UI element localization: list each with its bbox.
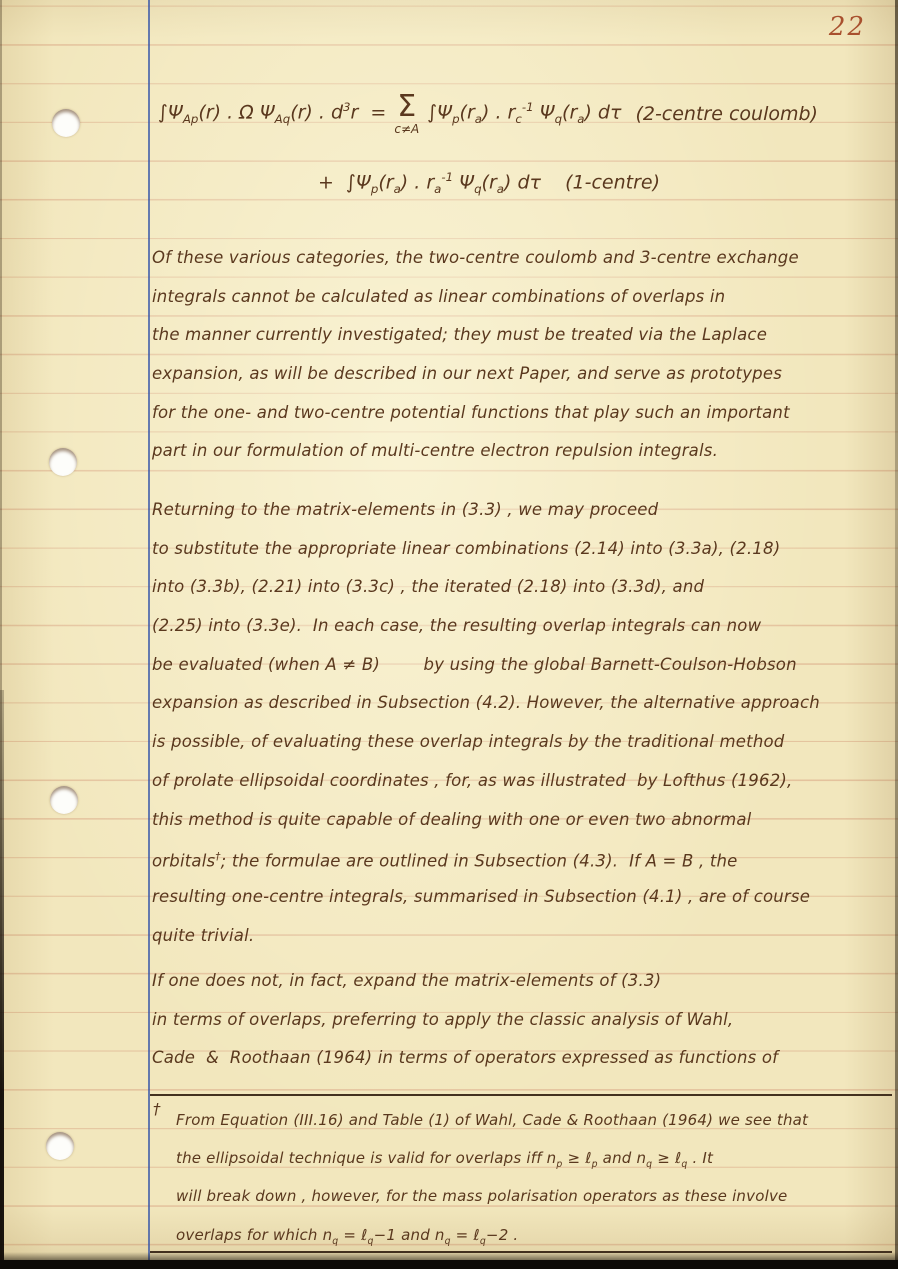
scan-edge-bottom	[0, 1260, 898, 1269]
page-number: 22	[829, 12, 866, 42]
scan-edge-bottom-fade	[0, 1252, 898, 1260]
text-line: integrals cannot be calculated as linear…	[152, 278, 898, 317]
paragraph-2: Returning to the matrix-elements in (3.3…	[152, 491, 898, 955]
text-line: into (3.3b), (2.21) into (3.3c) , the it…	[152, 568, 898, 607]
paragraph-3: If one does not, in fact, expand the mat…	[152, 962, 898, 1078]
equation-block: ∫ΨAp(r) . Ω ΨAq(r) . d3r = Σ c≠A ∫Ψp(ra)…	[158, 92, 888, 135]
text-line: expansion, as will be described in our n…	[152, 355, 898, 394]
text-line: If one does not, in fact, expand the mat…	[152, 962, 898, 1001]
margin-rule-line	[148, 0, 150, 1269]
text-line: of prolate ellipsoidal coordinates , for…	[152, 762, 898, 801]
punch-hole-3	[50, 786, 78, 814]
equation-note-2centre: (2-centre coulomb)	[635, 103, 818, 125]
punch-hole-4	[46, 1132, 74, 1160]
footnote-separator-top	[150, 1094, 892, 1096]
text-line: part in our formulation of multi-centre …	[152, 432, 898, 471]
equation-rhs: ∫Ψp(ra) . rc-1 Ψq(ra) dτ	[427, 100, 621, 126]
text-line: be evaluated (when A ≠ B) by using the g…	[152, 646, 898, 685]
text-line: (2.25) into (3.3e). In each case, the re…	[152, 607, 898, 646]
text-line: quite trivial.	[152, 917, 898, 956]
footnote-line: the ellipsoidal technique is valid for o…	[176, 1139, 892, 1177]
footnote-dagger-marker: †	[153, 1100, 161, 1118]
text-line: Of these various categories, the two-cen…	[152, 239, 898, 278]
punch-hole-1	[52, 109, 80, 137]
paragraph-1: Of these various categories, the two-cen…	[152, 239, 898, 471]
equation-lhs: ∫ΨAp(r) . Ω ΨAq(r) . d3r =	[158, 100, 386, 126]
text-line: to substitute the appropriate linear com…	[152, 530, 898, 569]
equation-line-1: ∫ΨAp(r) . Ω ΨAq(r) . d3r = Σ c≠A ∫Ψp(ra)…	[158, 92, 888, 135]
text-line: for the one- and two-centre potential fu…	[152, 394, 898, 433]
text-line: Cade & Roothaan (1964) in terms of opera…	[152, 1039, 898, 1078]
footnote-line: overlaps for which nq = ℓq−1 and nq = ℓq…	[176, 1216, 892, 1254]
text-line: this method is quite capable of dealing …	[152, 801, 898, 840]
text-line: resulting one-centre integrals, summaris…	[152, 878, 898, 917]
equation-line-2: + ∫Ψp(ra) . ra-1 Ψq(ra) dτ (1-centre)	[318, 170, 660, 196]
summation-symbol: Σ c≠A	[394, 92, 419, 135]
scan-edge-left-lower	[0, 690, 4, 1269]
footnote-line: From Equation (III.16) and Table (1) of …	[176, 1101, 892, 1139]
text-line: in terms of overlaps, preferring to appl…	[152, 1001, 898, 1040]
text-line: is possible, of evaluating these overlap…	[152, 723, 898, 762]
text-line: Returning to the matrix-elements in (3.3…	[152, 491, 898, 530]
footnote-line: will break down , however, for the mass …	[176, 1177, 892, 1215]
notebook-paper: 22 ∫ΨAp(r) . Ω ΨAq(r) . d3r = Σ c≠A ∫Ψp(…	[0, 0, 898, 1269]
text-line: expansion as described in Subsection (4.…	[152, 684, 898, 723]
text-line: the manner currently investigated; they …	[152, 316, 898, 355]
footnote-text: From Equation (III.16) and Table (1) of …	[176, 1101, 892, 1254]
text-line: orbitals†; the formulae are outlined in …	[152, 839, 898, 878]
punch-hole-2	[49, 448, 77, 476]
